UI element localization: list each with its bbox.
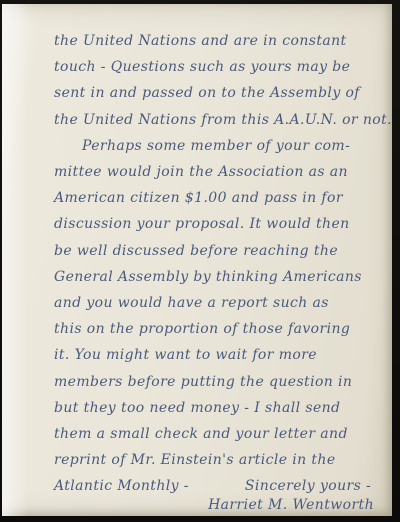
letter-body: the United Nations and are in constant t… bbox=[54, 28, 376, 517]
photo-frame: the United Nations and are in constant t… bbox=[0, 0, 400, 522]
letter-line: be well discussed before reaching the bbox=[54, 238, 376, 264]
letter-line: touch - Questions such as yours may be bbox=[54, 54, 376, 80]
letter-line: and you would have a report such as bbox=[54, 290, 376, 316]
letter-line: it. You might want to wait for more bbox=[54, 342, 376, 368]
letter-line: sent in and passed on to the Assembly of bbox=[54, 80, 376, 106]
letter-line: discussion your proposal. It would then bbox=[54, 211, 376, 237]
letter-line: the United Nations from this A.A.U.N. or… bbox=[54, 107, 376, 133]
letter-line: American citizen $1.00 and pass in for bbox=[54, 185, 376, 211]
letter-paper: the United Nations and are in constant t… bbox=[2, 4, 392, 516]
letter-line: them a small check and your letter and bbox=[54, 421, 376, 447]
letter-line: reprint of Mr. Einstein's article in the bbox=[54, 447, 376, 473]
letter-line: General Assembly by thinking Americans bbox=[54, 264, 376, 290]
letter-line: this on the proportion of those favoring bbox=[54, 316, 376, 342]
letter-line: members before putting the question in bbox=[54, 369, 376, 395]
closing-text: Atlantic Monthly - bbox=[54, 473, 189, 499]
letter-line: Perhaps some member of your com- bbox=[54, 133, 376, 159]
letter-line: mittee would join the Association as an bbox=[54, 159, 376, 185]
letter-line: but they too need money - I shall send bbox=[54, 395, 376, 421]
letter-line: the United Nations and are in constant bbox=[54, 28, 376, 54]
